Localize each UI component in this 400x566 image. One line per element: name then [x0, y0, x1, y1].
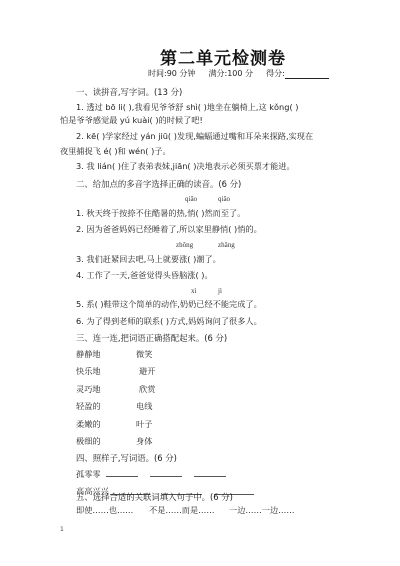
exam-meta: 时间:90 分钟 满分:100 分 得分:	[148, 68, 329, 79]
s2-q3: 3. 我们赶紧回去吧,马上就要涨( )潮了。	[76, 254, 221, 265]
s2-q5: 5. 系( )鞋带这个简单的动作,奶奶已经不能完成了。	[76, 299, 262, 310]
pinyin-option-b1: zhǒng	[176, 241, 193, 249]
score-label: 得分:	[266, 69, 285, 78]
match-right-3[interactable]: 电线	[136, 401, 152, 412]
pinyin-option-a1: qiāo	[185, 195, 197, 203]
s2-q2: 2. 因为爸爸妈妈已经睡着了,所以家里静悄( )悄的。	[76, 224, 262, 235]
section3-heading: 三、连一连,把词语正确搭配起来。(6 分)	[76, 332, 227, 344]
answer-blank-1a[interactable]	[106, 476, 138, 477]
s1-q2-line1: 2. kē( )学家经过 yán jiū( )发现,蝙蝠通过嘴和耳朵来探路,实现…	[76, 131, 313, 142]
section1-heading: 一、读拼音,写字词。(13 分)	[76, 86, 182, 98]
answer-blank-1b[interactable]	[150, 476, 182, 477]
s1-q1-line2: 怕是爷爷感觉最 yú kuài( )的时候了吧!	[60, 115, 203, 126]
pinyin-option-a2: qiǎo	[218, 195, 230, 203]
conjunction-option-3: 一边……一边……	[229, 505, 295, 516]
s1-q3-line1: 3. 我 lián( )住了表弟表妹,jiān( )决地表示必须买票才能进。	[76, 161, 295, 172]
answer-blank-1c[interactable]	[194, 476, 226, 477]
s1-q2-line2: 夜里捕捉飞 é( )和 wén( )子。	[60, 146, 171, 157]
match-left-4[interactable]: 柔嫩的	[76, 419, 101, 430]
score-blank[interactable]	[285, 70, 329, 79]
match-right-1[interactable]: 避开	[139, 366, 155, 377]
match-left-5[interactable]: 极细的	[76, 436, 101, 447]
match-right-4[interactable]: 叶子	[136, 419, 152, 430]
match-left-2[interactable]: 灵巧地	[76, 384, 101, 395]
match-left-3[interactable]: 轻盈的	[76, 401, 101, 412]
match-left-0[interactable]: 静静地	[76, 349, 101, 360]
match-right-2[interactable]: 欣赏	[139, 384, 155, 395]
s2-q4: 4. 工作了一天,爸爸觉得头昏脑涨( )。	[76, 270, 213, 281]
conjunction-option-1: 即使……也……	[76, 505, 133, 516]
pinyin-option-b2: zhǎng	[218, 241, 235, 249]
section5-heading: 五、选择合适的关联词填入句子中。(6 分)	[76, 491, 233, 503]
conjunction-option-2: 不是……而是……	[149, 505, 215, 516]
s2-q1: 1. 秋天终于按捺不住酷暑的热,悄( )然而至了。	[76, 208, 245, 219]
match-left-1[interactable]: 快乐地	[76, 366, 101, 377]
time-limit: 时间:90 分钟	[148, 69, 195, 78]
page-title: 第二单元检测卷	[160, 44, 286, 69]
pinyin-option-c2: jì	[218, 287, 222, 295]
match-right-5[interactable]: 身体	[136, 436, 152, 447]
match-right-0[interactable]: 微笑	[136, 349, 152, 360]
full-score: 满分:100 分	[209, 69, 254, 78]
section2-heading: 二、给加点的多音字选择正确的读音。(6 分)	[76, 178, 241, 190]
section4-heading: 四、照样子,写词语。(6 分)	[76, 452, 177, 464]
example-word-1: 孤零零	[76, 469, 101, 480]
s2-q6: 6. 为了得到老师的联系( )方式,妈妈询问了很多人。	[76, 316, 262, 327]
s1-q1-line1: 1. 透过 bō li( ),我看见爷爷舒 shì( )地坐在躺椅上,这 kǒn…	[76, 102, 298, 113]
pinyin-option-c1: xì	[191, 287, 196, 295]
page-number: 1	[60, 526, 64, 533]
